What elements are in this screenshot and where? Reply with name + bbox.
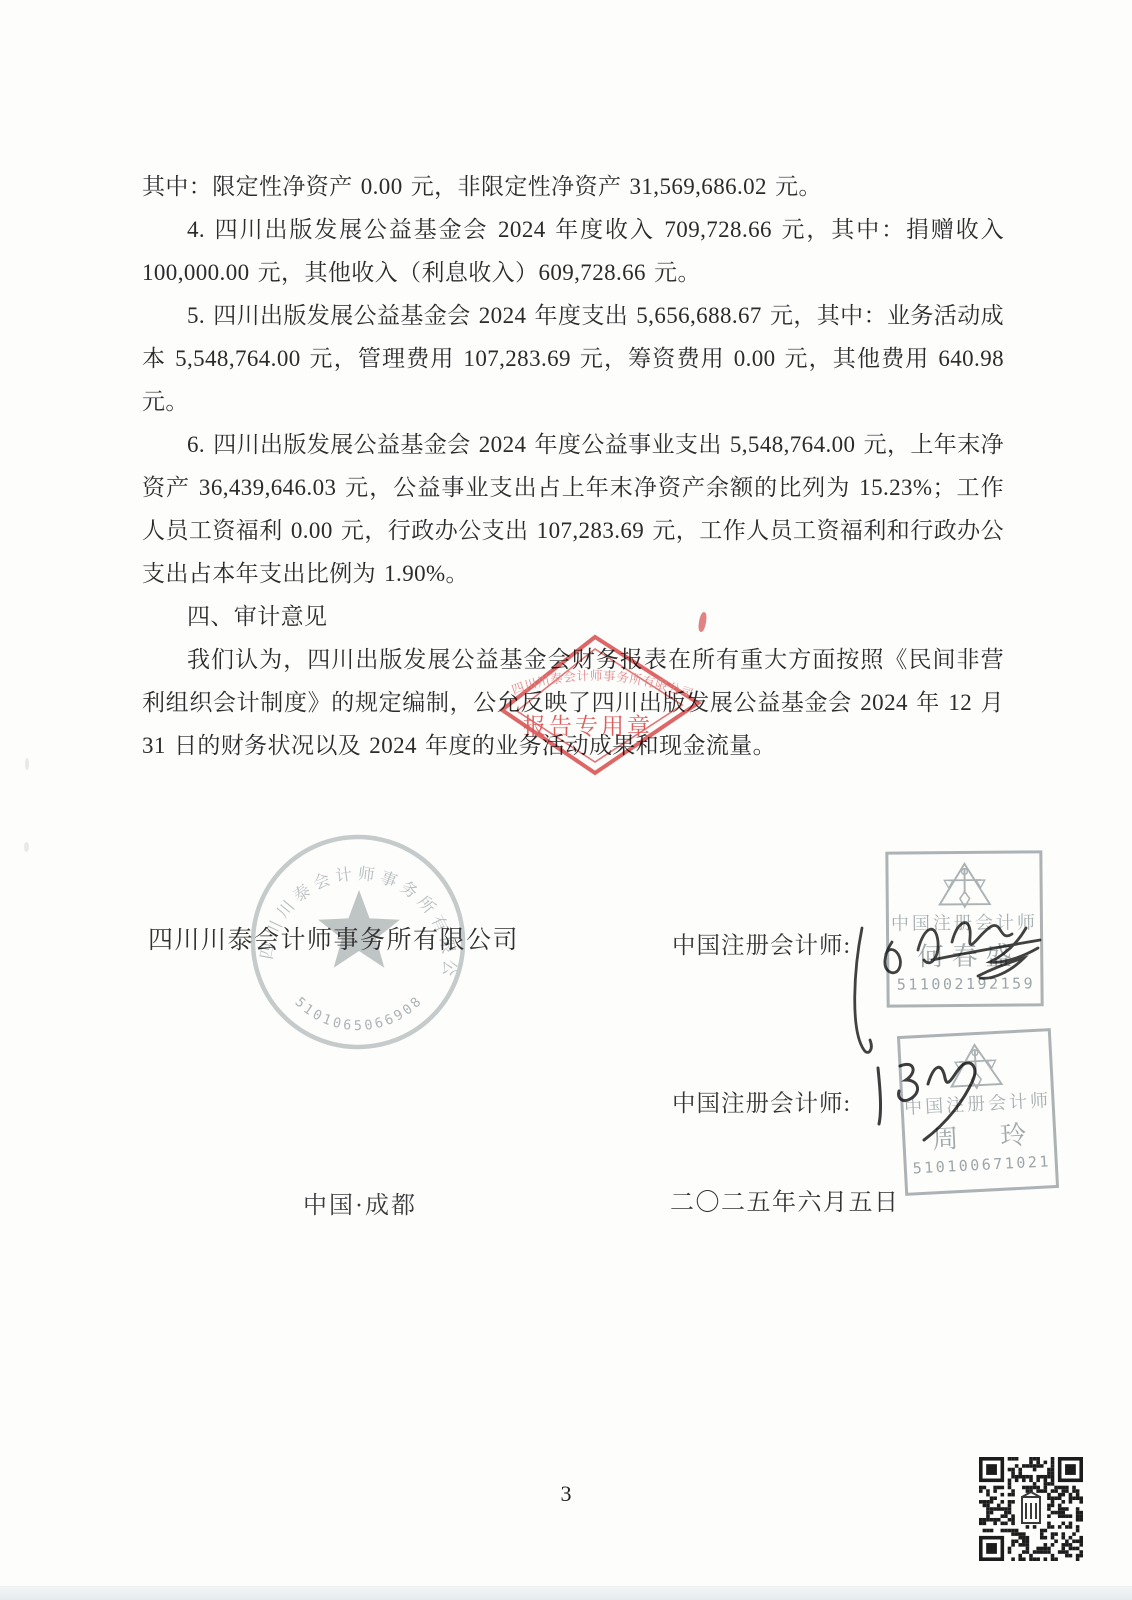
page-number: 3 — [0, 1481, 1132, 1507]
cpa2-label: 中国注册会计师: — [672, 1084, 851, 1118]
cpa1-label: 中国注册会计师: — [672, 926, 851, 960]
report-date: 二〇二五年六月五日 — [670, 1182, 900, 1217]
stamp-inner-border — [517, 649, 682, 762]
firm-name-text: 四川川泰会计师事务所有限公司 — [148, 920, 519, 956]
scan-speck — [25, 758, 29, 770]
location-text: 中国·成都 — [303, 1185, 417, 1220]
paragraph: 其中：限定性净资产 0.00 元，非限定性净资产 31,569,686.02 元… — [142, 165, 1004, 208]
seal-org-text: 四川川泰会计师事务所有限公司 — [246, 830, 459, 982]
stamp-org-text: 四川川泰会计师事务所有限公司 — [510, 668, 695, 702]
paragraph: 6. 四川出版发展公益基金会 2024 年度公益事业支出 5,548,764.0… — [142, 423, 1004, 595]
stamp-purpose-text: 报告专用章 — [523, 714, 653, 739]
seal-serial-text: 5101065066908 — [292, 992, 427, 1034]
scanned-audit-report-page: 其中：限定性净资产 0.00 元，非限定性净资产 31,569,686.02 元… — [0, 0, 1132, 1600]
cpa2-signature — [852, 1036, 1002, 1164]
qr-code — [979, 1457, 1083, 1561]
page-bottom-edge — [0, 1586, 1132, 1600]
scan-speck — [24, 842, 29, 852]
paragraph: 5. 四川出版发展公益基金会 2024 年度支出 5,656,688.67 元，… — [142, 294, 1004, 423]
report-seal-stamp: 四川川泰会计师事务所有限公司 报告专用章 — [488, 622, 710, 782]
paragraph: 4. 四川出版发展公益基金会 2024 年度收入 709,728.66 元，其中… — [142, 208, 1004, 294]
stamp-outer-border — [502, 637, 698, 773]
